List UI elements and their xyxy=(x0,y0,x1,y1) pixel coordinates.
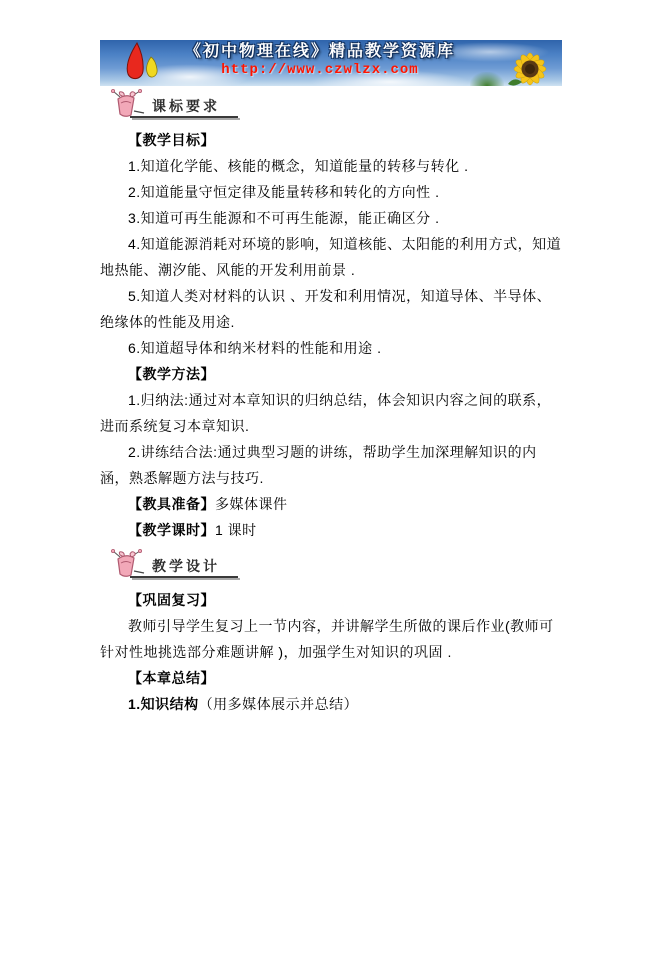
site-banner: 《初中物理在线》精品教学资源库 http://www.czwlzx.com xyxy=(100,40,562,86)
site-logo-icon xyxy=(118,42,164,86)
heading-objectives: 【教学目标】 xyxy=(100,127,562,153)
objective-item: 6.知道超导体和纳米材料的性能和用途 . xyxy=(100,335,562,361)
badge-underline xyxy=(130,116,238,118)
site-title: 《初中物理在线》精品教学资源库 xyxy=(170,43,470,61)
consolidate-text: 教师引导学生复习上一节内容，并讲解学生所做的课后作业(教师可针对性地挑选部分难题… xyxy=(100,613,562,665)
objective-item: 4.知道能源消耗对环境的影响，知道核能、太阳能的利用方式，知道地热能、潮汐能、风… xyxy=(100,231,562,283)
heading-methods: 【教学方法】 xyxy=(100,361,562,387)
teaching-time-value: 1 课时 xyxy=(215,522,257,538)
site-url: http://www.czwlzx.com xyxy=(170,63,470,78)
badge-underline xyxy=(130,576,238,578)
teaching-time-label: 【教学课时】 xyxy=(128,522,215,538)
badge-label-teaching-design: 教学设计 xyxy=(152,556,220,576)
objective-item: 3.知道可再生能源和不可再生能源，能正确区分 . xyxy=(100,205,562,231)
knowledge-structure-note: （用多媒体展示并总结） xyxy=(199,696,359,712)
sunflower-icon xyxy=(494,48,556,86)
teaching-aids-line: 【教具准备】多媒体课件 xyxy=(100,491,562,517)
objective-item: 1.知道化学能、核能的概念，知道能量的转移与转化 . xyxy=(100,153,562,179)
mascot-icon xyxy=(110,89,146,124)
method-item: 1.归纳法:通过对本章知识的归纳总结，体会知识内容之间的联系，进而系统复习本章知… xyxy=(100,387,562,439)
heading-consolidate: 【巩固复习】 xyxy=(100,587,562,613)
document-body: 课标要求 【教学目标】 1.知道化学能、核能的概念，知道能量的转移与转化 . 2… xyxy=(100,89,562,717)
heading-summary: 【本章总结】 xyxy=(100,665,562,691)
method-item: 2.讲练结合法:通过典型习题的讲练，帮助学生加深理解知识的内涵，熟悉解题方法与技… xyxy=(100,439,562,491)
mascot-icon xyxy=(110,549,146,584)
badge-label-course-standard: 课标要求 xyxy=(152,96,220,116)
teaching-aids-value: 多媒体课件 xyxy=(215,496,288,512)
teaching-aids-label: 【教具准备】 xyxy=(128,496,215,512)
section-badge-course-standard: 课标要求 xyxy=(104,89,562,123)
objective-item: 5.知道人类对材料的认识 、开发和利用情况，知道导体、半导体、绝缘体的性能及用途… xyxy=(100,283,562,335)
objective-item: 2.知道能量守恒定律及能量转移和转化的方向性 . xyxy=(100,179,562,205)
section-badge-teaching-design: 教学设计 xyxy=(104,549,562,583)
teaching-time-line: 【教学课时】1 课时 xyxy=(100,517,562,543)
knowledge-structure-line: 1.知识结构（用多媒体展示并总结） xyxy=(100,691,562,717)
knowledge-structure-label: 1.知识结构 xyxy=(128,696,199,712)
